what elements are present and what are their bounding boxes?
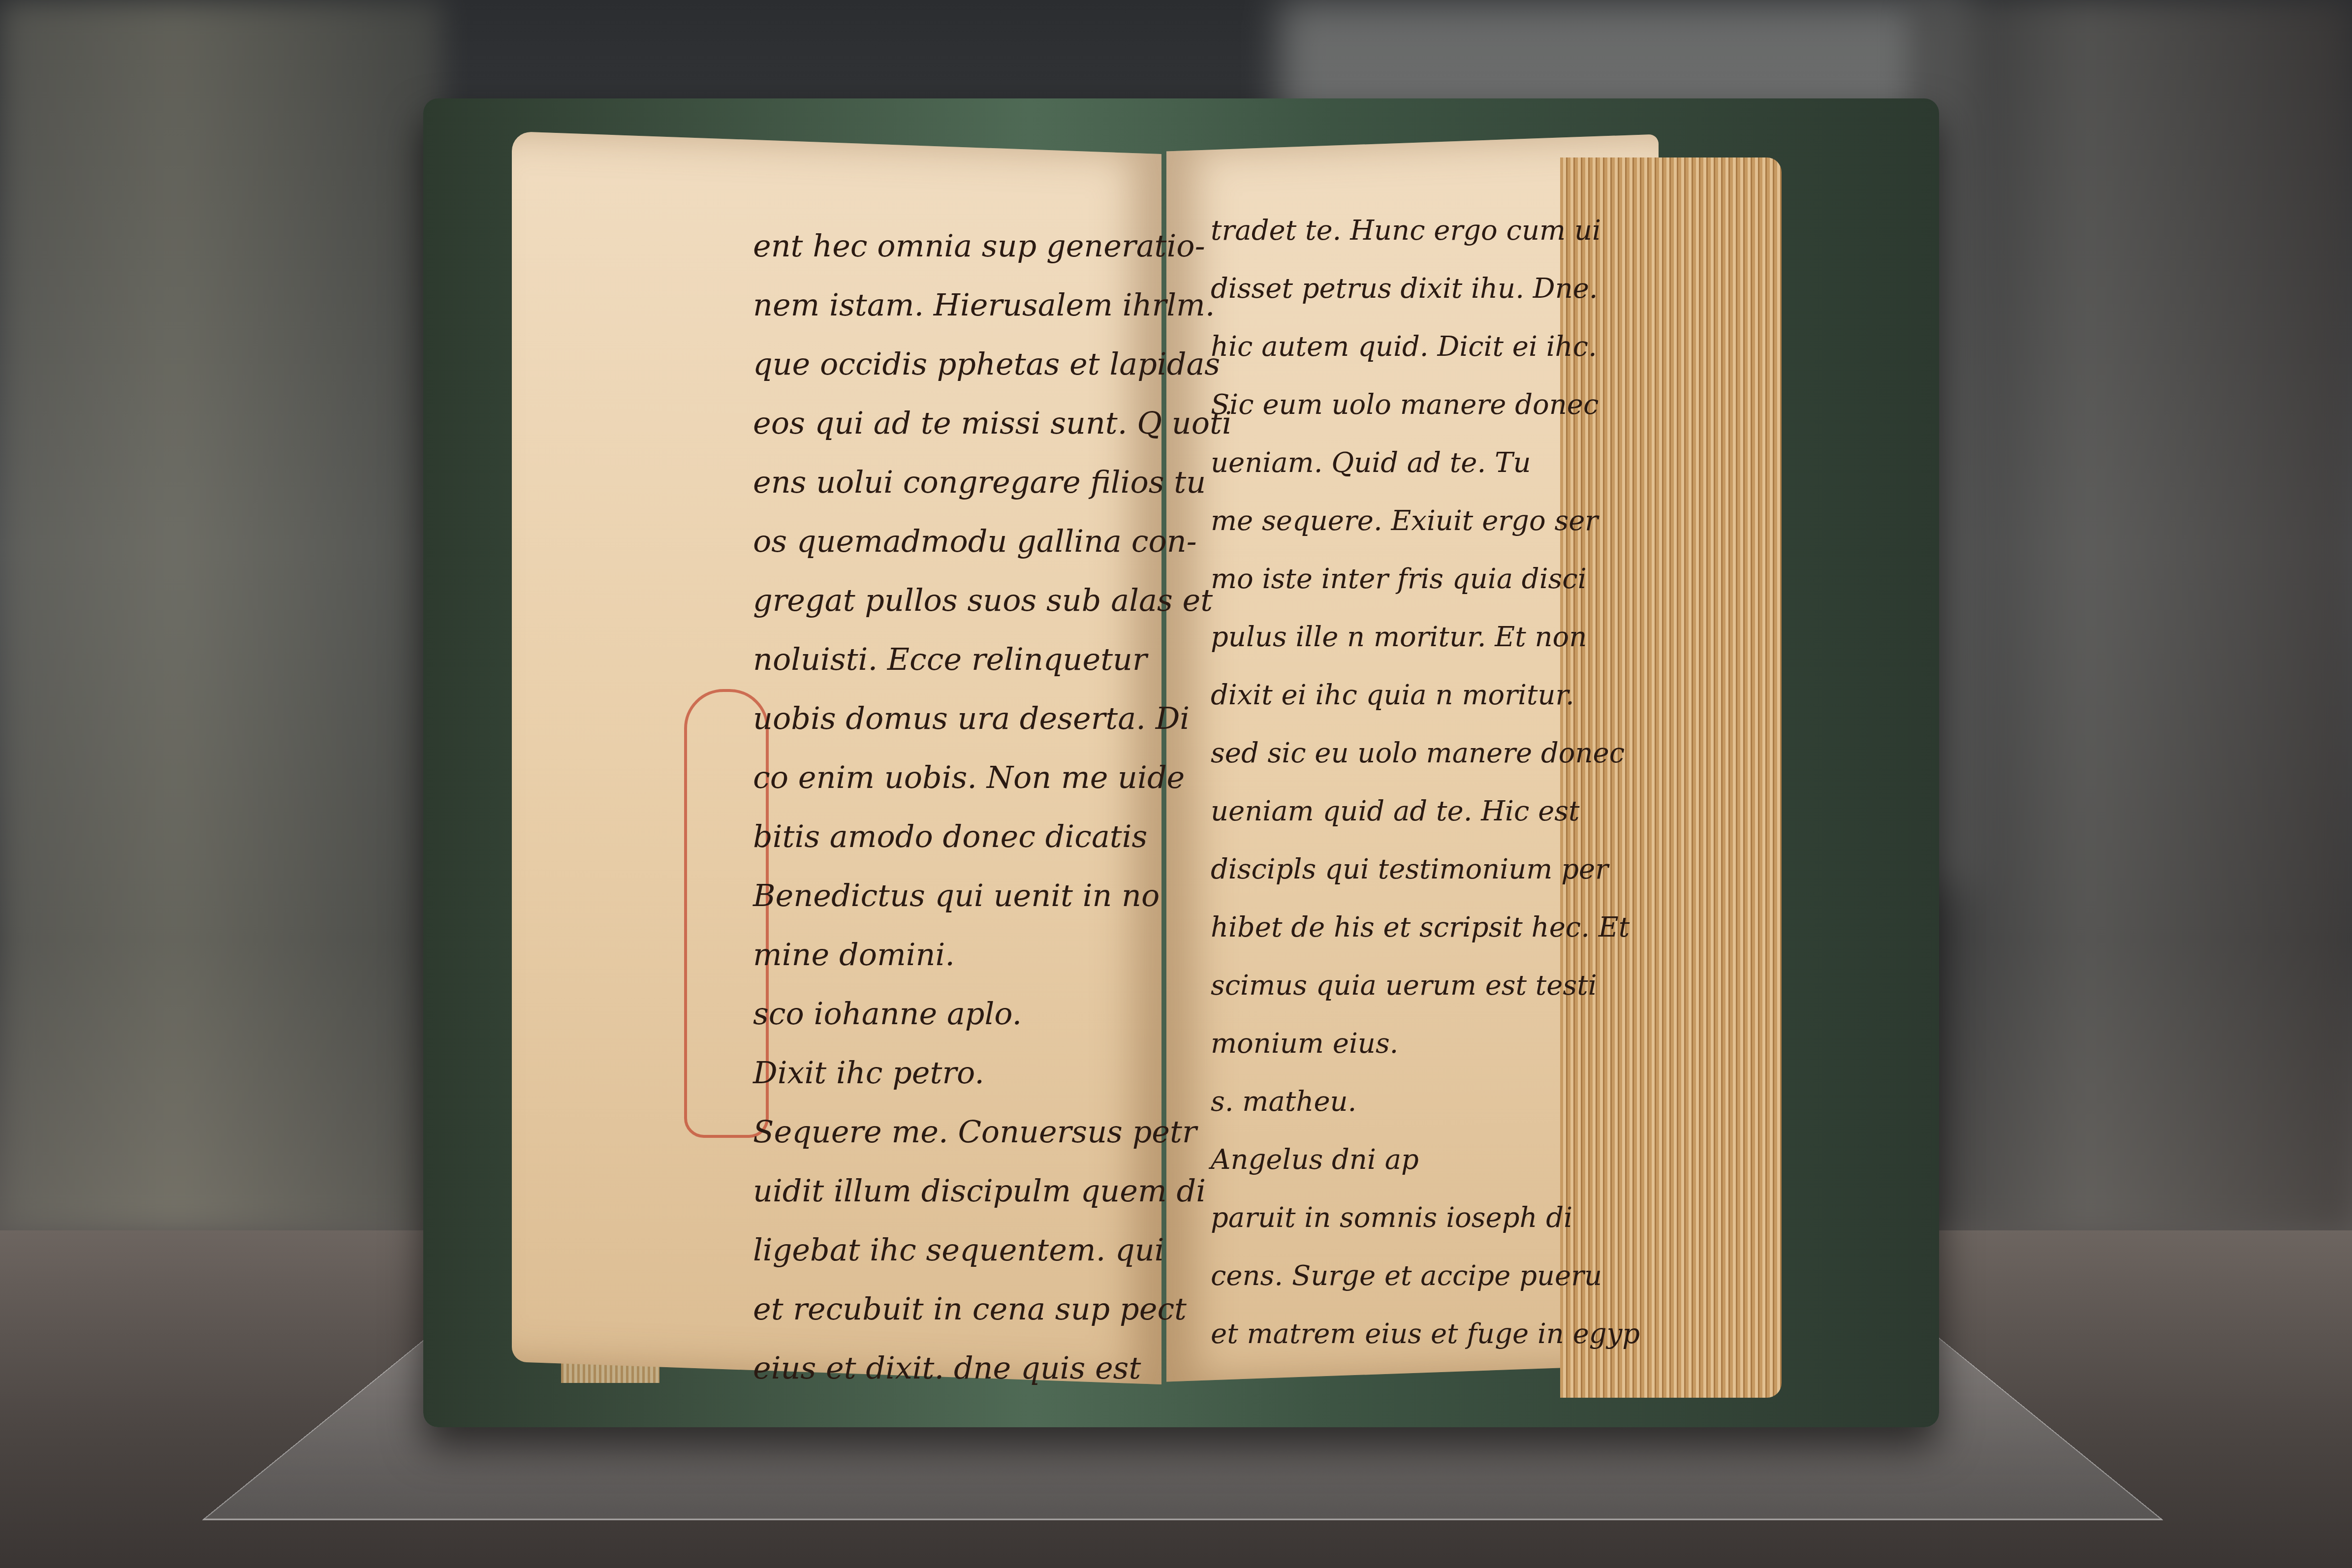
manuscript-line: Sic eum uolo manere donec [1211, 376, 1640, 434]
manuscript-line: Sequere me. Conuersus petr [753, 1102, 1232, 1161]
manuscript-line: os quemadmodu gallina con- [753, 512, 1232, 571]
manuscript-line: Angelus dni ap [1211, 1131, 1640, 1189]
manuscript-line: hic autem quid. Dicit ei ihc. [1211, 318, 1640, 376]
manuscript-line: Benedictus qui uenit in no [753, 866, 1232, 925]
manuscript-line: ent hec omnia sup generatio- [753, 217, 1232, 276]
background-right-blur [1909, 0, 2352, 1230]
manuscript-line: sco iohanne aplo. [753, 984, 1232, 1043]
manuscript-line: gregat pullos suos sub alas et [753, 571, 1232, 630]
manuscript-line: discipls qui testimonium per [1211, 841, 1640, 899]
manuscript-line: eos qui ad te missi sunt. Q uoti [753, 394, 1232, 453]
manuscript-line: eius et dixit. dne quis est [753, 1339, 1232, 1398]
manuscript-line: tradet te. Hunc ergo cum ui [1211, 202, 1640, 260]
manuscript-line: hibet de his et scripsit hec. Et [1211, 899, 1640, 957]
manuscript-line: bitis amodo donec dicatis [753, 807, 1232, 866]
manuscript-line: co enim uobis. Non me uide [753, 748, 1232, 807]
right-page-text: tradet te. Hunc ergo cum uidisset petrus… [1211, 202, 1640, 1363]
manuscript-line: sed sic eu uolo manere donec [1211, 724, 1640, 783]
manuscript-line: et recubuit in cena sup pect [753, 1280, 1232, 1339]
manuscript-line: cens. Surge et accipe pueru [1211, 1247, 1640, 1305]
background-left-blur [0, 0, 443, 1230]
manuscript-line: ens uolui congregare filios tu [753, 453, 1232, 512]
manuscript-line: nem istam. Hierusalem ihrlm. [753, 276, 1232, 335]
manuscript-line: paruit in somnis ioseph di [1211, 1189, 1640, 1247]
manuscript-line: Dixit ihc petro. [753, 1043, 1232, 1102]
manuscript-line: pulus ille n moritur. Et non [1211, 608, 1640, 666]
manuscript-line: noluisti. Ecce relinquetur [753, 630, 1232, 689]
manuscript-line: mo iste inter fris quia disci [1211, 550, 1640, 608]
manuscript-line: disset petrus dixit ihu. Dne. [1211, 260, 1640, 318]
manuscript-line: scimus quia uerum est testi [1211, 957, 1640, 1015]
manuscript-line: ligebat ihc sequentem. qui [753, 1221, 1232, 1280]
manuscript-line: et matrem eius et fuge in egyp [1211, 1305, 1640, 1363]
manuscript-line: me sequere. Exiuit ergo ser [1211, 492, 1640, 550]
manuscript-line: que occidis pphetas et lapidas [753, 335, 1232, 394]
manuscript-line: ueniam quid ad te. Hic est [1211, 783, 1640, 841]
manuscript-line: s. matheu. [1211, 1073, 1640, 1131]
manuscript-line: mine domini. [753, 925, 1232, 984]
manuscript-line: ueniam. Quid ad te. Tu [1211, 434, 1640, 492]
left-page-text: ent hec omnia sup generatio-nem istam. H… [753, 217, 1232, 1398]
manuscript-line: uidit illum discipulm quem di [753, 1161, 1232, 1221]
manuscript-line: monium eius. [1211, 1015, 1640, 1073]
manuscript-line: uobis domus ura deserta. Di [753, 689, 1232, 748]
manuscript-line: dixit ei ihc quia n moritur. [1211, 666, 1640, 724]
